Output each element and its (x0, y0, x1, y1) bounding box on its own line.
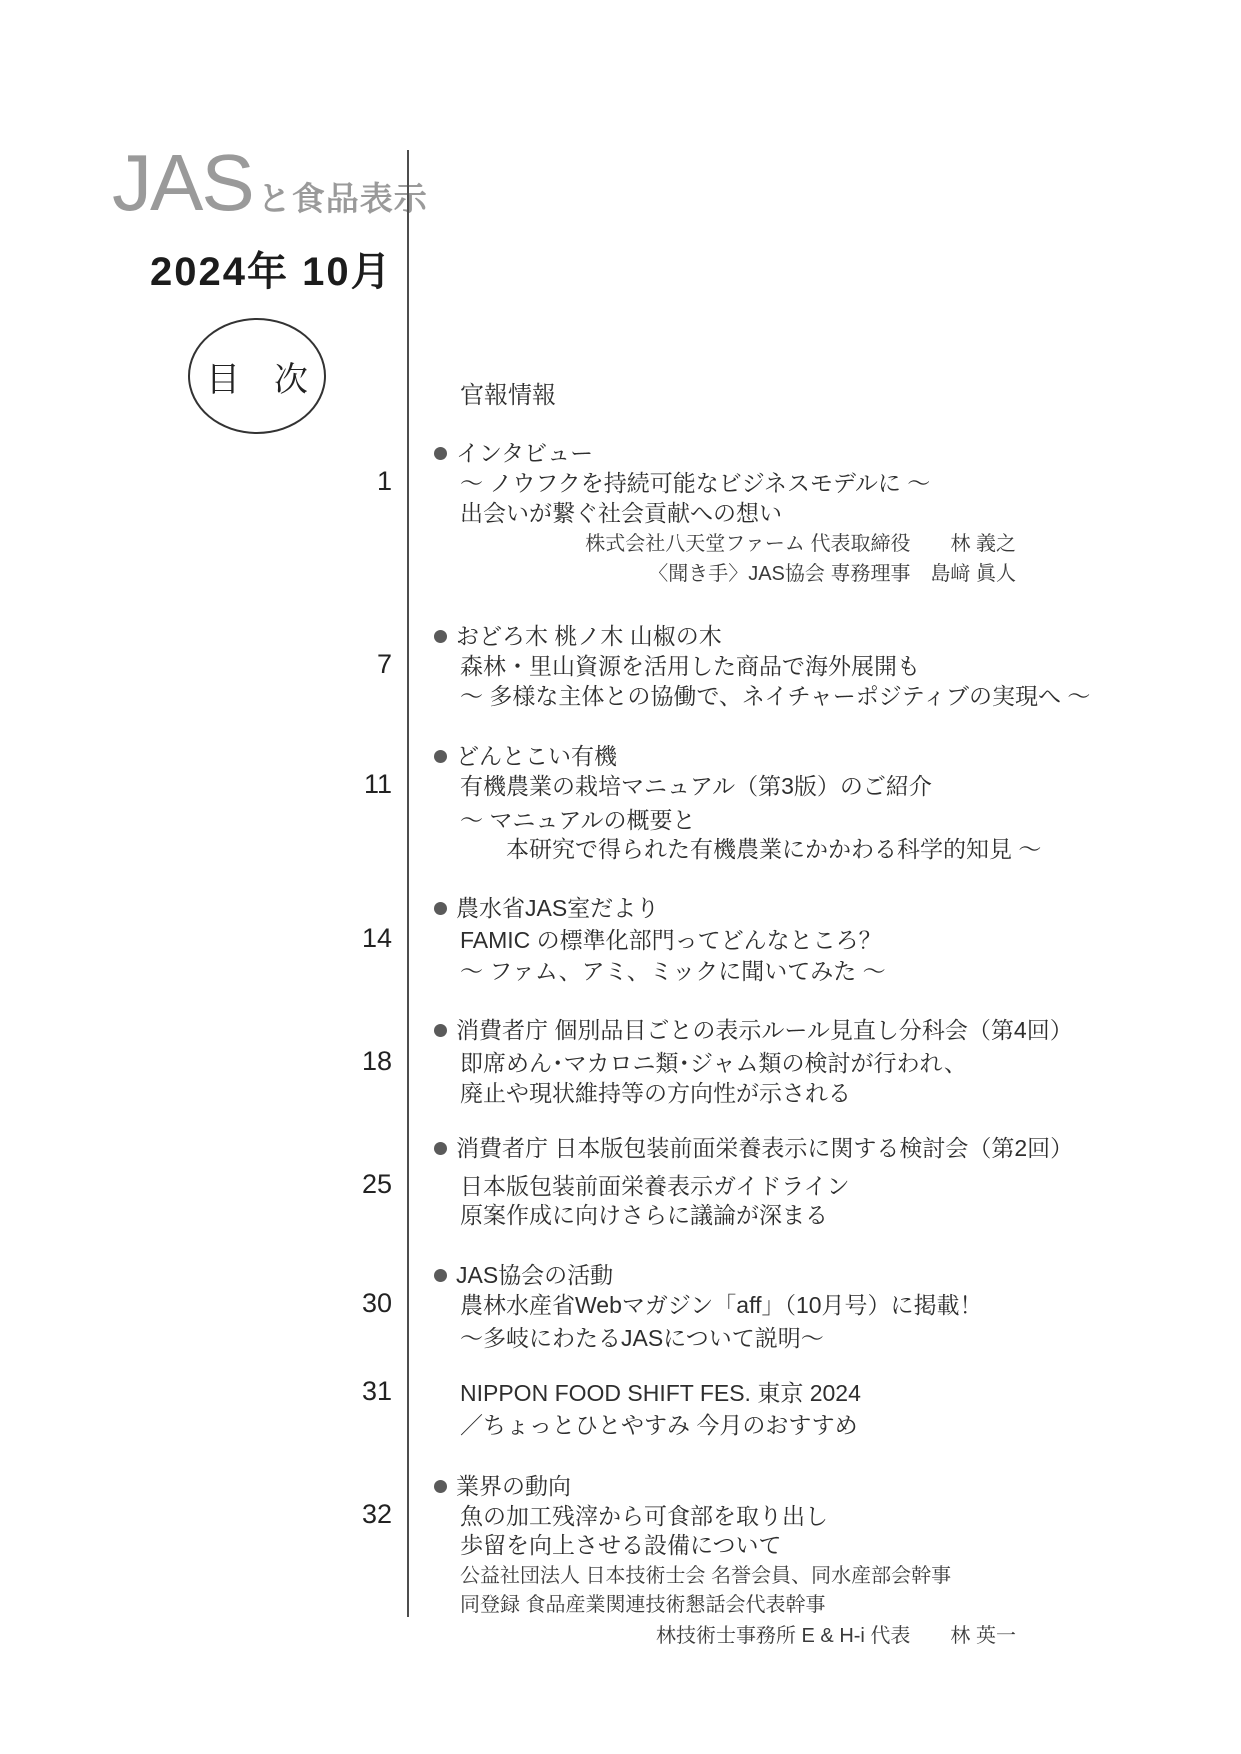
toc-line: ～ 多様な主体との協働で、ネイチャーポジティブの実現へ ～ (460, 683, 1090, 709)
bullet-icon (434, 630, 447, 643)
credit-line: 〈聞き手〉JAS協会 専務理事 島﨑 眞人 (460, 563, 1016, 586)
masthead: JAS と食品表示 (112, 148, 428, 220)
section-title: 消費者庁 個別品目ごとの表示ルール見直し分科会（第4回） (434, 1017, 1073, 1043)
magazine-subtitle: と食品表示 (258, 173, 428, 220)
credit-line: 同登録 食品産業関連技術懇話会代表幹事 (460, 1594, 826, 1617)
toc-line: 有機農業の栽培マニュアル（第3版）のご紹介 (460, 773, 932, 799)
toc-line: 森林・里山資源を活用した商品で海外展開も (460, 653, 920, 679)
bullet-icon (434, 447, 447, 460)
toc-line: NIPPON FOOD SHIFT FES. 東京 2024 (460, 1380, 861, 1406)
page-number: 18 (302, 1048, 392, 1074)
section-title: どんとこい有機 (434, 743, 617, 769)
toc-line: 出会いが繋ぐ社会貢献への想い (460, 500, 782, 526)
bullet-icon (434, 1142, 447, 1155)
toc-line: 即席めん･マカロニ類･ジャム類の検討が行われ、 (460, 1050, 967, 1076)
toc-line: FAMIC の標準化部門ってどんなところ？ (460, 927, 882, 953)
section-title: おどろ木 桃ノ木 山椒の木 (434, 623, 722, 649)
section-title-text: 業界の動向 (456, 1473, 571, 1499)
toc-title: 目 次 (206, 352, 308, 401)
bullet-icon (434, 1024, 447, 1037)
section-title-text: 農水省JAS室だより (456, 895, 659, 921)
page-number: 1 (302, 468, 392, 494)
magazine-toc-page: JAS と食品表示 2024年 10月 目 次 1 7 11 14 18 25 … (0, 0, 1241, 1754)
vertical-divider (407, 150, 409, 1617)
toc-line: ～ ファム、アミ、ミックに聞いてみた ～ (460, 958, 886, 984)
toc-line: ～ マニュアルの概要と (460, 807, 695, 833)
toc-line: ～ ノウフクを持続可能なビジネスモデルに ～ (460, 470, 930, 496)
page-number: 30 (302, 1290, 392, 1316)
section-title-text: インタビュー (456, 440, 593, 466)
credit-line: 公益社団法人 日本技術士会 名誉会員、同水産部会幹事 (460, 1565, 951, 1588)
section-title: 消費者庁 日本版包装前面栄養表示に関する検討会（第2回） (434, 1135, 1073, 1161)
toc-line: ／ちょっとひとやすみ 今月のおすすめ (460, 1412, 858, 1438)
bullet-icon (434, 902, 447, 915)
toc-circle: 目 次 (188, 318, 326, 434)
section-title-text: 消費者庁 日本版包装前面栄養表示に関する検討会（第2回） (456, 1135, 1073, 1161)
bullet-icon (434, 1480, 447, 1493)
issue-date: 2024年 10月 (150, 240, 393, 297)
page-number: 31 (302, 1378, 392, 1404)
bullet-icon (434, 1269, 447, 1282)
toc-line: 廃止や現状維持等の方向性が示される (460, 1080, 851, 1106)
section-title-text: JAS協会の活動 (456, 1262, 613, 1288)
toc-line: 本研究で得られた有機農業にかかわる科学的知見 ～ (506, 836, 1041, 862)
gazette-info: 官報情報 (460, 383, 556, 409)
page-number: 32 (302, 1501, 392, 1527)
section-title-text: 消費者庁 個別品目ごとの表示ルール見直し分科会（第4回） (456, 1017, 1073, 1043)
section-title: 業界の動向 (434, 1473, 571, 1499)
section-title: インタビュー (434, 440, 593, 466)
magazine-title: JAS (112, 148, 253, 218)
section-title: 農水省JAS室だより (434, 895, 659, 921)
page-number: 25 (302, 1171, 392, 1197)
bullet-icon (434, 750, 447, 763)
toc-line: 魚の加工残滓から可食部を取り出し (460, 1503, 828, 1529)
toc-line: 原案作成に向けさらに議論が深まる (460, 1202, 828, 1228)
toc-line: 歩留を向上させる設備について (460, 1532, 782, 1558)
credit-line: 林技術士事務所 E & H-i 代表 林 英一 (460, 1625, 1016, 1648)
page-number: 14 (302, 925, 392, 951)
section-title-text: どんとこい有機 (456, 743, 617, 769)
toc-line: ～多岐にわたるJASについて説明～ (460, 1325, 824, 1351)
section-title: JAS協会の活動 (434, 1262, 613, 1288)
toc-line: 日本版包装前面栄養表示ガイドライン (460, 1173, 850, 1199)
page-number: 7 (302, 651, 392, 677)
toc-line: 農林水産省Webマガジン「aff」（10月号）に掲載！ (460, 1292, 983, 1318)
credit-line: 株式会社八天堂ファーム 代表取締役 林 義之 (460, 533, 1016, 556)
section-title-text: おどろ木 桃ノ木 山椒の木 (456, 623, 722, 649)
page-number: 11 (302, 771, 392, 797)
